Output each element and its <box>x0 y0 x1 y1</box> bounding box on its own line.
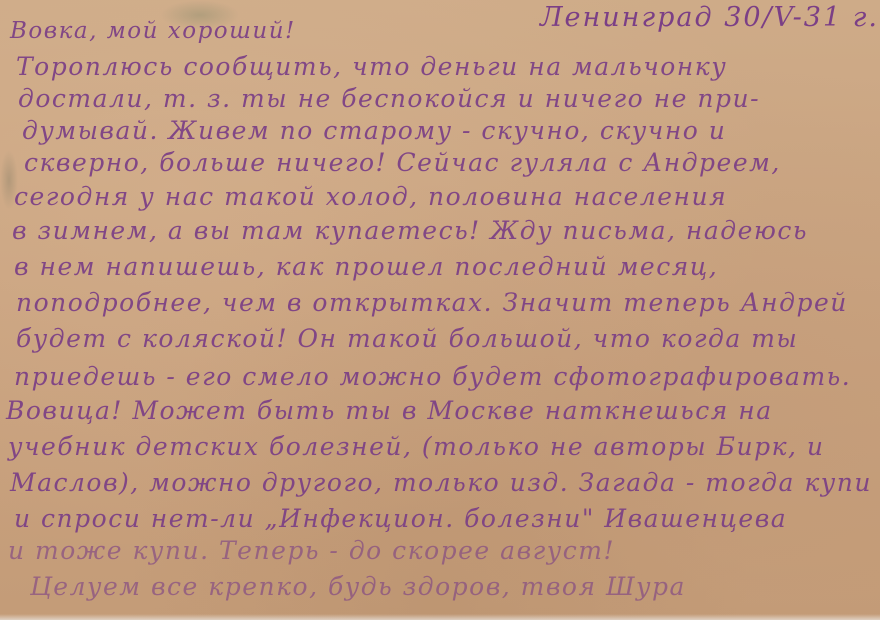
letter-line-2: достали, т. з. ты не беспокойся и ничего… <box>18 84 760 114</box>
letter-line-7: в нем напишешь, как прошел последний мес… <box>14 252 718 282</box>
letter-line-5: сегодня у нас такой холод, половина насе… <box>14 182 727 212</box>
letter-line-closing: Целуем все крепко, будь здоров, твоя Шур… <box>30 572 686 602</box>
greeting: Вовка, мой хороший! <box>10 16 296 46</box>
letter-line-13: Маслов), можно другого, только изд. Зага… <box>10 468 872 498</box>
letter-line-15: и тоже купи. Теперь - до скорее август! <box>8 536 615 566</box>
letter-line-3: думывай. Живем по старому - скучно, скуч… <box>22 116 726 146</box>
letter-line-6: в зимнем, а вы там купаетесь! Жду письма… <box>12 216 808 246</box>
letter-line-9: будет с коляской! Он такой большой, что … <box>16 324 798 354</box>
letter-line-12: учебник детских болезней, (только не авт… <box>8 432 825 462</box>
paper-edge <box>0 614 880 620</box>
letter-line-11: Вовица! Может быть ты в Москве наткнешьс… <box>6 396 773 426</box>
postcard: Ленинград 30/V-31 г. Вовка, мой хороший!… <box>0 0 880 620</box>
letter-line-4: скверно, больше ничего! Сейчас гуляла с … <box>24 148 781 178</box>
date: 30/V-31 г. <box>724 2 879 33</box>
letter-line-8: поподробнее, чем в открытках. Значит теп… <box>16 288 848 318</box>
letter-line-10: приедешь - его смело можно будет сфотогр… <box>14 362 851 392</box>
place: Ленинград <box>540 2 714 33</box>
letter-line-1: Тороплюсь сообщить, что деньги на мальчо… <box>16 52 727 82</box>
letter-line-14: и спроси нет-ли „Инфекцион. болезни" Ива… <box>14 504 787 534</box>
place-date-header: Ленинград 30/V-31 г. <box>540 2 879 33</box>
